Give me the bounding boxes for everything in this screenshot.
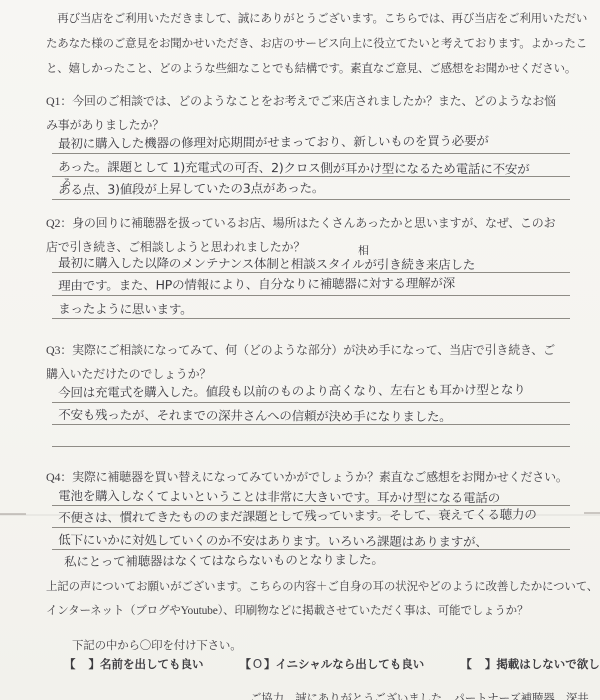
q4-handwritten-line-3: 低下にいかに対処していくのか不安はあります。いろいろ課題はありますが、 [58, 530, 488, 550]
bracket-open: 【 [240, 656, 252, 672]
intro-line-1: 再び当店をご利用いただきまして、誠にありがとうございます。こちらでは、再び当店を… [46, 10, 587, 26]
publish-request-line-1: 上記の声についてお願いがございます。こちらの内容＋ご自身の耳の状況やどのように改… [46, 578, 598, 594]
consent-option-name-ok: 【 】 名前を出しても良い [64, 656, 204, 672]
q1-handwritten-line-2: あった。課題として 1)充電式の可否、2)クロス側が耳かけ型になるため電話に不安… [58, 157, 530, 177]
q3-answer-ruled-line-2: 不安も残ったが、それまでの深井さんへの信頼が決め手になりました。 [52, 402, 570, 425]
q4-handwritten-line-4: 私にとって補聴器はなくてはならないものとなりました。 [64, 550, 384, 570]
q3-answer-ruled-line-1: 今回は充電式を購入した。値段も以前のものより高くなり、左右とも耳かけ型となり [52, 380, 570, 403]
intro-line-3: と、嬉しかったこと、どのような些細なことでも結構です。素直なご意見、ご感想をお聞… [46, 60, 576, 76]
q4-answer-ruled-line-2: 不便さは、慣れてきたもののまだ課題として残っています。そして、衰えてくる聴力の [52, 505, 570, 528]
bracket-close: 】 [264, 656, 276, 672]
consent-options-row: 【 】 名前を出しても良い 【 O 】 イニシャルなら出しても良い 【 】 掲載… [64, 656, 600, 672]
q3-question-line-1: Q3：実際にご相談になってみて、何（どのような部分）が決め手になって、当店で引き… [46, 341, 555, 358]
q2-handwritten-line-2: 理由です。また、HPの情報により、自分なりに補聴器に対する理解が深 [58, 273, 455, 294]
q1-handwritten-line-3: ある点、3)値段が上昇していたの3点があった。 [58, 178, 324, 198]
q2-question-line-1: Q2：身の回りに補聴器を扱っているお店、場所はたくさんあったかと思いますが、なぜ… [46, 214, 555, 231]
q1-answer-ruled-line-3: ある点、3)値段が上昇していたの3点があった。 [52, 177, 570, 200]
paper-crease-faint [0, 514, 600, 516]
q4-handwritten-line-1: 電池を購入しなくてよいということは非常に大きいです。耳かけ型になる電話の [58, 486, 500, 506]
q1-insertion-mark: る [62, 174, 72, 189]
bracket-open: 【 [64, 656, 76, 672]
q3-handwritten-line-1: 今回は充電式を購入した。値段も以前のものより高くなり、左右とも耳かけ型となり [58, 380, 526, 401]
consent-option-label: イニシャルなら出しても良い [276, 656, 425, 672]
q3-answer-ruled-line-3-empty [52, 424, 570, 447]
bracket-close: 】 [485, 656, 497, 672]
scanned-survey-page: { "doc": { "colors": { "paper": "#f5f4f0… [0, 0, 600, 700]
q1-question-line-1: Q1：今回のご相談では、どのようなことをお考えでご来店されましたか？また、どのよ… [46, 92, 556, 109]
closing-signature-line: ご協力、誠にありがとうございました。パートナーズ補聴器 深井 [250, 690, 588, 700]
q1-handwritten-line-1: 最初に購入した機器の修理対応期間がせまっており、新しいものを買う必要が [58, 131, 489, 152]
q1-answer-ruled-line-1: 最初に購入した機器の修理対応期間がせまっており、新しいものを買う必要が [52, 131, 570, 154]
q1-answer-ruled-line-2: あった。課題として 1)充電式の可否、2)クロス側が耳かけ型になるため電話に不安… [52, 154, 570, 177]
q2-answer-ruled-line-1: 最初に購入した以降のメンテナンス体制と相談スタイルが引き続き来店した [52, 250, 570, 273]
consent-option-label: 掲載はしないで欲しい [496, 656, 600, 672]
consent-option-no-publish: 【 】 掲載はしないで欲しい [460, 656, 600, 672]
q3-handwritten-line-2: 不安も残ったが、それまでの深井さんへの信頼が決め手になりました。 [58, 405, 452, 425]
publish-request-line-2: インターネット（ブログやYoutube）、印刷物などに掲載させていただく事は、可… [46, 602, 528, 618]
q2-answer-ruled-line-3: まったように思います。 [52, 296, 570, 319]
consent-option-label: 名前を出しても良い [100, 656, 204, 672]
consent-mark-circle: O [251, 657, 264, 671]
q2-handwritten-line-3: まったように思います。 [58, 299, 193, 318]
q2-insertion-mark: 相 [358, 242, 369, 258]
circle-instruction: 下記の中から〇印を付け下さい。 [72, 637, 242, 653]
paper-crease-right [584, 512, 600, 514]
bracket-close: 】 [89, 656, 101, 672]
q2-handwritten-line-1: 最初に購入した以降のメンテナンス体制と相談スタイルが引き続き来店した [58, 253, 475, 273]
paper-crease-left [0, 513, 26, 515]
q4-answer-ruled-line-1: 電池を購入しなくてよいということは非常に大きいです。耳かけ型になる電話の [52, 483, 570, 506]
q4-answer-ruled-line-3: 低下にいかに対処していくのか不安はあります。いろいろ課題はありますが、 [52, 527, 570, 550]
intro-line-2: たあなた様のご意見をお聞かせいただき、お店のサービス向上に役立てたいと考えており… [46, 35, 587, 51]
bracket-open: 【 [460, 656, 472, 672]
q2-answer-ruled-line-2: 理由です。また、HPの情報により、自分なりに補聴器に対する理解が深 [52, 273, 570, 296]
q4-answer-line-4-unruled: 私にとって補聴器はなくてはならないものとなりました。 [58, 549, 576, 571]
consent-option-initials-ok: 【 O 】 イニシャルなら出しても良い [240, 656, 425, 672]
